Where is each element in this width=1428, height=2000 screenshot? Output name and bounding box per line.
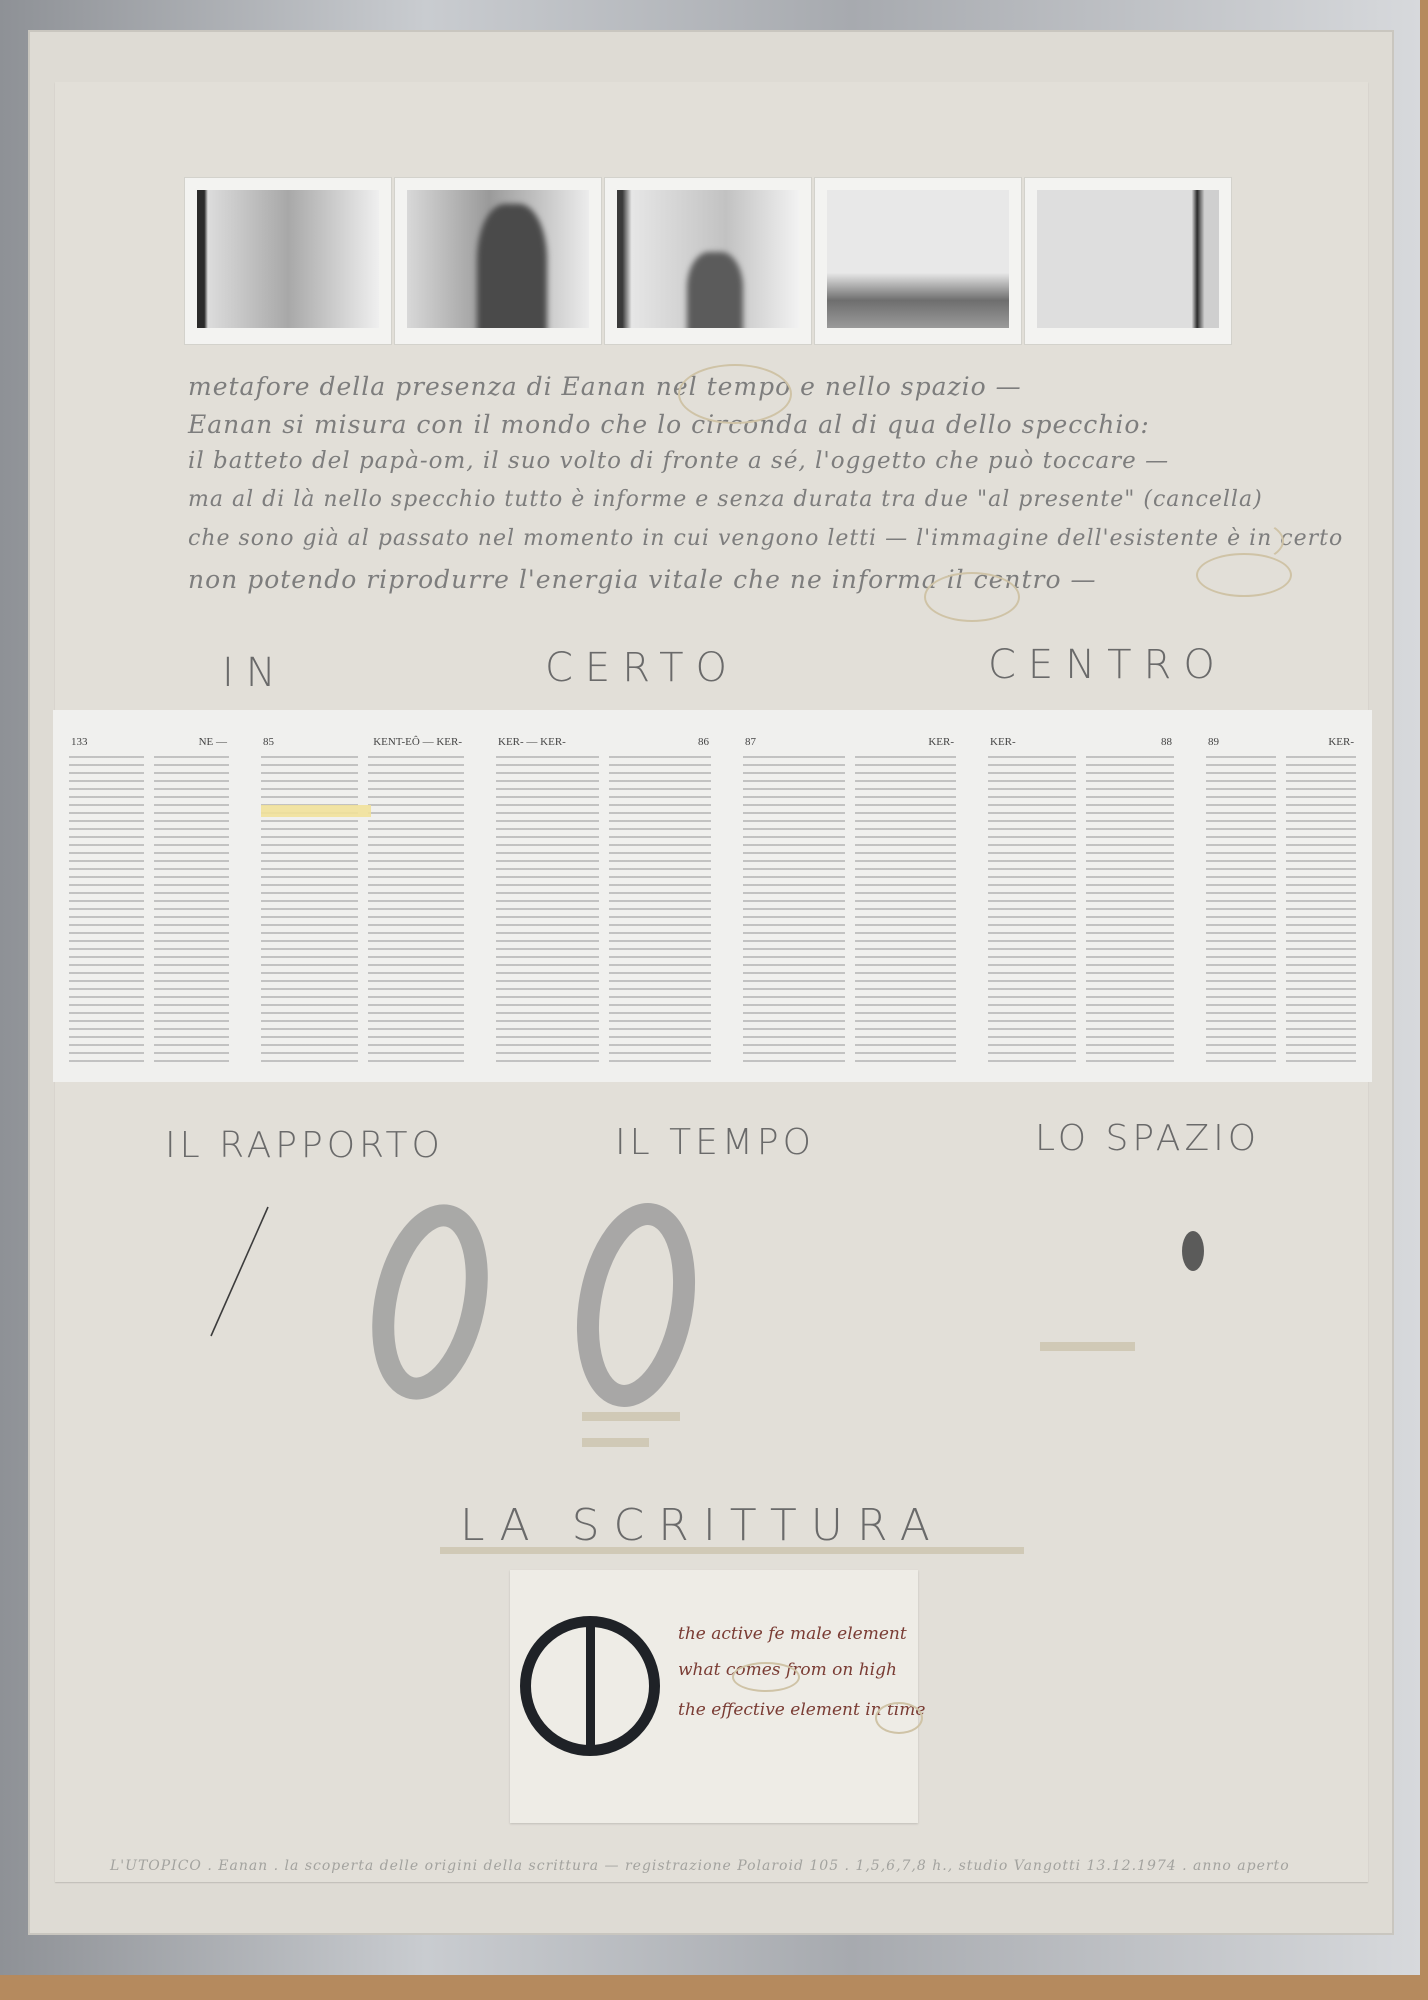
title-la-scrittura: LA SCRITTURA [460, 1500, 944, 1551]
symbol-card: the active fe male element what comes fr… [510, 1570, 918, 1823]
tape-strip-3 [1040, 1342, 1135, 1351]
tape-strip-2 [582, 1438, 649, 1447]
tempo-ellipse-holder [570, 1195, 700, 1415]
tape-strip-1 [582, 1412, 680, 1421]
artwork-caption: L'UTOPICO . Eanan . la scoperta delle or… [110, 1858, 1290, 1874]
circle-mark-comes [732, 1662, 800, 1692]
circle-bar-symbol-icon [520, 1616, 660, 1756]
card-line-1: the active fe male element [678, 1624, 907, 1644]
circle-mark-time [875, 1702, 923, 1734]
